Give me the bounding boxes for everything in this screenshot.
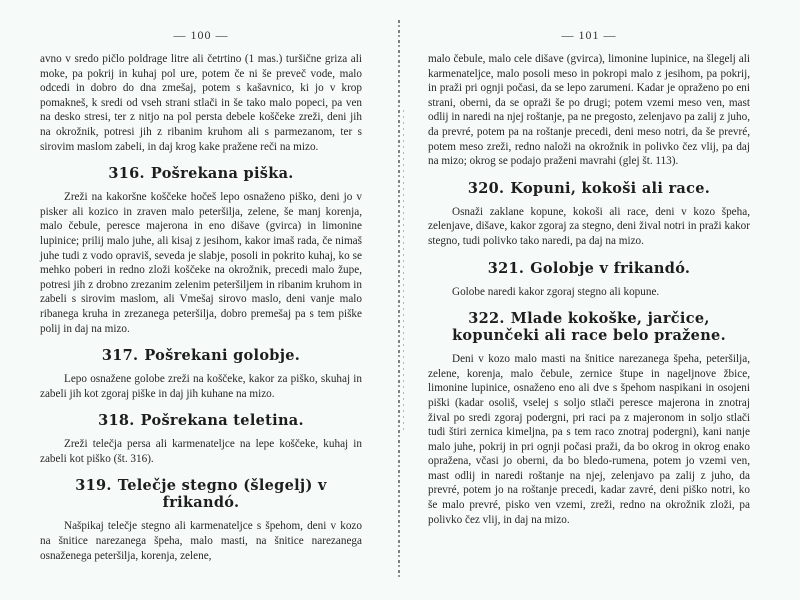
book-gutter-shadow xyxy=(403,110,404,430)
recipe-title: Pošrekani golobje. xyxy=(144,347,300,364)
book-gutter xyxy=(398,20,400,580)
recipe-heading: 319.Telečje stegno (šlegelj) v frikandó. xyxy=(40,477,362,511)
continuation-paragraph: avno v sredo pičlo poldrage litre ali če… xyxy=(40,52,362,154)
recipe-number: 320. xyxy=(468,180,505,197)
recipe-body: Zreži telečja persa ali karmenateljce na… xyxy=(40,437,362,466)
recipe-number: 318. xyxy=(98,412,135,429)
recipe-body: Lepo osnažene golobe zreži na koščeke, k… xyxy=(40,372,362,401)
recipe-number: 322. xyxy=(468,310,505,327)
recipe-number: 316. xyxy=(108,165,145,182)
recipe-title: Kopuni, kokoši ali race. xyxy=(510,180,710,197)
page-text: malo čebule, malo cele dišave (gvirca), … xyxy=(428,52,750,527)
recipe-number: 321. xyxy=(488,260,525,277)
recipe-body: Golobe naredi kakor zgoraj stegno ali ko… xyxy=(428,285,750,300)
recipe-title: Pošrekana teletina. xyxy=(141,412,304,429)
recipe-heading: 320.Kopuni, kokoši ali race. xyxy=(428,180,750,197)
recipe-heading: 317.Pošrekani golobje. xyxy=(40,347,362,364)
continuation-paragraph: malo čebule, malo cele dišave (gvirca), … xyxy=(428,52,750,169)
page-number: — 100 — xyxy=(40,28,362,43)
page-text: avno v sredo pičlo poldrage litre ali če… xyxy=(40,52,362,563)
recipe-heading: 321.Golobje v frikandó. xyxy=(428,260,750,277)
recipe-body: Osnaži zaklane kopune, kokoši ali race, … xyxy=(428,205,750,249)
right-page: — 101 — malo čebule, malo cele dišave (g… xyxy=(428,0,750,600)
recipe-body: Našpikaj telečje stegno ali karmenateljc… xyxy=(40,519,362,563)
recipe-heading: 318.Pošrekana teletina. xyxy=(40,412,362,429)
book-spread: — 100 — avno v sredo pičlo poldrage litr… xyxy=(0,0,800,600)
recipe-number: 319. xyxy=(75,477,112,494)
recipe-body: Deni v kozo malo masti na šnitice nareza… xyxy=(428,352,750,527)
recipe-title: Golobje v frikandó. xyxy=(530,260,690,277)
recipe-number: 317. xyxy=(102,347,139,364)
recipe-body: Zreži na kakoršne koščeke hočeš lepo osn… xyxy=(40,190,362,336)
recipe-title: Pošrekana piška. xyxy=(151,165,294,182)
recipe-heading: 322.Mlade kokoške, jarčice, kopunčeki al… xyxy=(428,310,750,344)
page-number: — 101 — xyxy=(428,28,750,43)
recipe-title: Telečje stegno (šlegelj) v frikandó. xyxy=(118,477,327,511)
left-page: — 100 — avno v sredo pičlo poldrage litr… xyxy=(40,0,362,600)
recipe-heading: 316.Pošrekana piška. xyxy=(40,165,362,182)
